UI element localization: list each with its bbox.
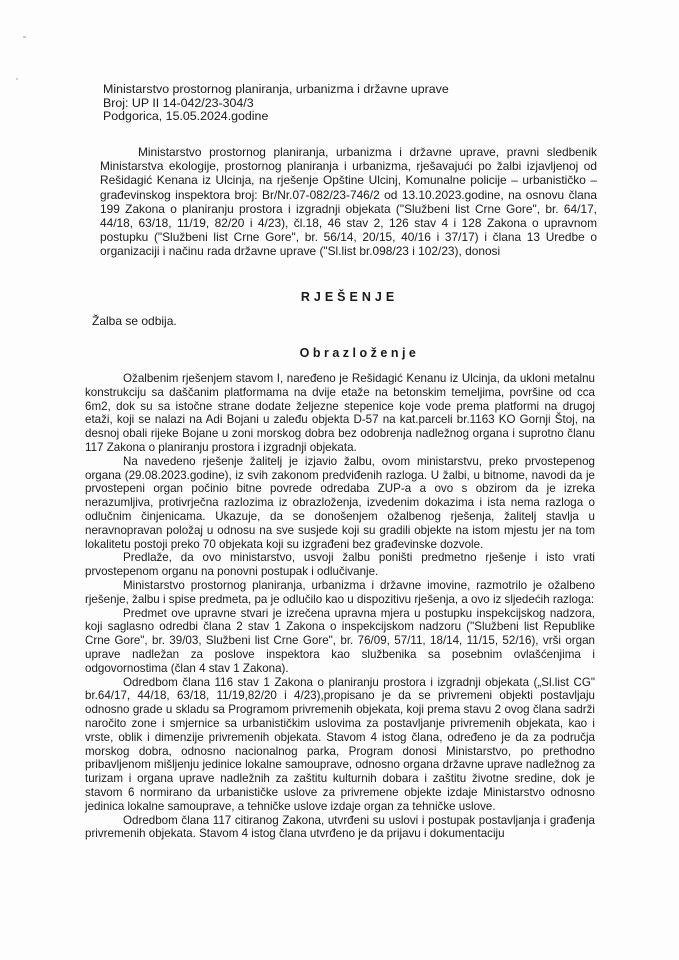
reference-number: Broj: UP II 14-042/23-304/3 (103, 97, 449, 111)
document-page: Ministarstvo prostornog planiranja, urba… (0, 0, 679, 960)
reasoning-title: Obrazloženje (0, 346, 679, 360)
reasoning-paragraph: Odredbom člana 116 stav 1 Zakona o plani… (85, 676, 595, 814)
reasoning-paragraph: Predmet ove upravne stvari je izrečena u… (85, 607, 595, 676)
reasoning-paragraph: Ministarstvo prostornog planiranja, urba… (85, 579, 595, 607)
reasoning-paragraph: Predlaže, da ovo ministarstvo, usvoji ža… (85, 551, 595, 579)
scan-artifact (16, 78, 18, 80)
reasoning-paragraph: Na navedeno rješenje žalitelj je izjavio… (85, 455, 595, 552)
reasoning-paragraph: Ožalbenim rješenjem stavom I, naređeno j… (85, 372, 595, 455)
institution-name: Ministarstvo prostornog planiranja, urba… (103, 83, 449, 97)
decision-text: Žalba se odbija. (92, 314, 177, 328)
decision-title: RJEŠENJE (0, 290, 679, 304)
document-header: Ministarstvo prostornog planiranja, urba… (103, 83, 449, 124)
reasoning-section: Ožalbenim rješenjem stavom I, naređeno j… (85, 372, 595, 841)
intro-section: Ministarstvo prostornog planiranja, urba… (100, 145, 597, 259)
scan-artifact (23, 36, 26, 38)
reasoning-paragraph: Odredbom člana 117 citiranog Zakona, utv… (85, 814, 595, 842)
intro-paragraph: Ministarstvo prostornog planiranja, urba… (100, 145, 597, 259)
place-and-date: Podgorica, 15.05.2024.godine (103, 110, 449, 124)
